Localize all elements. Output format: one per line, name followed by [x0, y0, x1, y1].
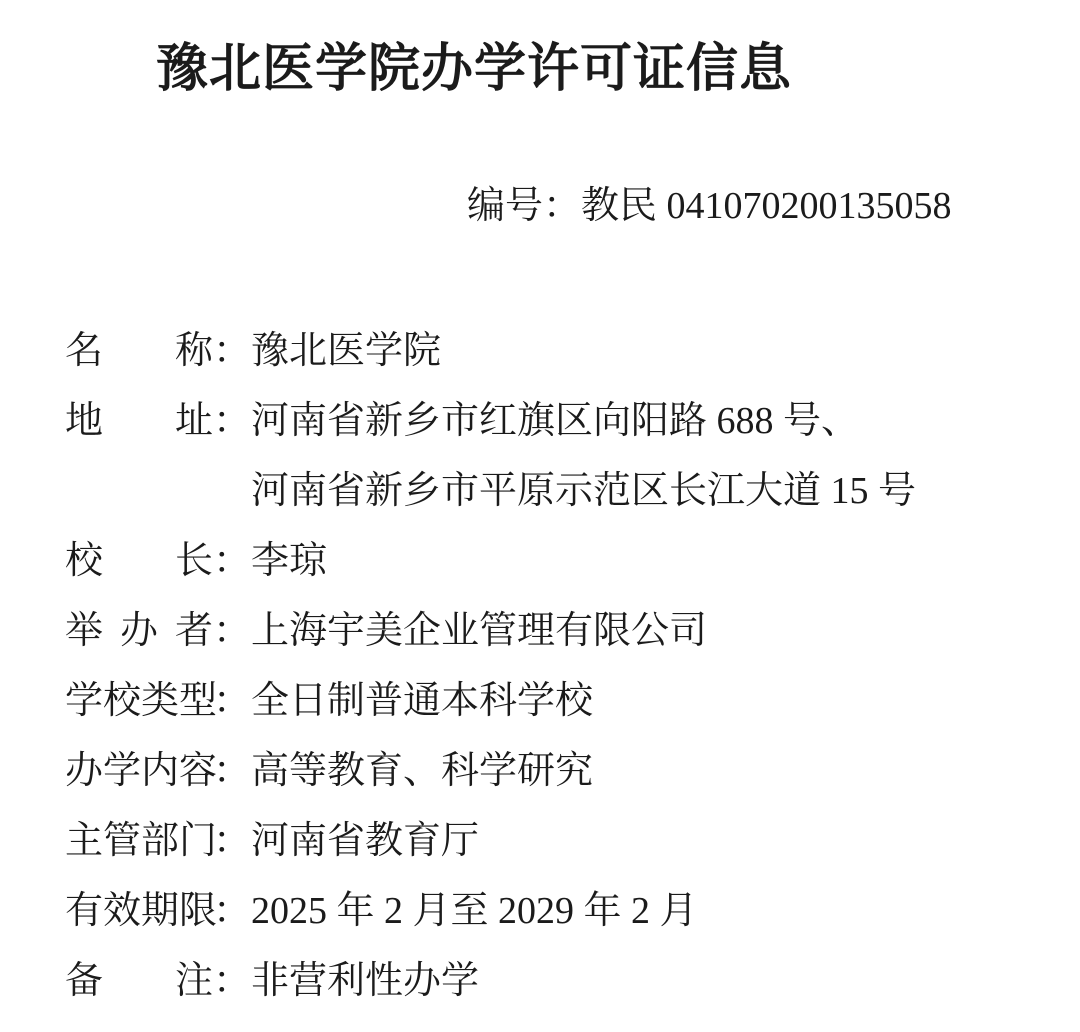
field-label-president: 校长 — [65, 526, 213, 596]
field-colon: ： — [213, 736, 251, 806]
field-label-char: 名 — [65, 316, 103, 386]
field-row-organizer: 举办者：上海宇美企业管理有限公司 — [65, 596, 1045, 666]
field-value-school-type: 全日制普通本科学校 — [251, 666, 593, 736]
field-label-char: 效 — [103, 876, 141, 946]
field-row-school-type: 学校类型：全日制普通本科学校 — [65, 666, 1045, 736]
field-row-address: 地址：河南省新乡市红旗区向阳路 688 号、 — [65, 386, 1045, 456]
field-colon: ： — [213, 806, 251, 876]
field-label-supervising-department: 主管部门 — [65, 806, 213, 876]
field-row-remarks: 备注：非营利性办学 — [65, 946, 1045, 1016]
field-label-remarks: 备注 — [65, 946, 213, 1016]
field-label-char: 学 — [103, 736, 141, 806]
field-colon: ： — [213, 316, 251, 386]
field-value-organizer: 上海宇美企业管理有限公司 — [251, 596, 707, 666]
field-value-president: 李琼 — [251, 526, 327, 596]
field-label-char: 校 — [65, 526, 103, 596]
field-row-address-line2: 河南省新乡市平原示范区长江大道 15 号 — [65, 456, 1045, 526]
field-label-char: 注 — [175, 946, 213, 1016]
field-colon: ： — [213, 526, 251, 596]
license-document: 豫北医学院办学许可证信息 编号：教民 041070200135058 名称：豫北… — [0, 0, 1080, 1032]
field-label-char: 有 — [65, 876, 103, 946]
field-label-char: 者 — [175, 596, 213, 666]
field-label-char: 内 — [141, 736, 179, 806]
field-row-validity-period: 有效期限：2025 年 2 月至 2029 年 2 月 — [65, 876, 1045, 946]
field-label-char: 型 — [179, 666, 217, 736]
field-label-char: 部 — [141, 806, 179, 876]
field-value-supervising-department: 河南省教育厅 — [251, 806, 479, 876]
field-label-char: 期 — [141, 876, 179, 946]
field-label-char: 办 — [120, 596, 158, 666]
field-row-president: 校长：李琼 — [65, 526, 1045, 596]
field-label-char: 限 — [179, 876, 217, 946]
field-label-char: 门 — [179, 806, 217, 876]
field-label-char: 地 — [65, 386, 103, 456]
field-label-char: 称 — [175, 316, 213, 386]
field-label-char: 长 — [175, 526, 213, 596]
field-label-char: 主 — [65, 806, 103, 876]
field-label-address: 地址 — [65, 386, 213, 456]
field-label-char: 类 — [141, 666, 179, 736]
field-value-remarks: 非营利性办学 — [251, 946, 479, 1016]
serial-label: 编号： — [467, 185, 581, 227]
field-colon: ： — [213, 946, 251, 1016]
serial-number-line: 编号：教民 041070200135058 — [467, 186, 952, 228]
field-label-char: 管 — [103, 806, 141, 876]
field-label-char: 举 — [65, 596, 103, 666]
field-value-address-line2: 河南省新乡市平原示范区长江大道 15 号 — [251, 456, 916, 526]
field-colon: ： — [213, 386, 251, 456]
field-label-validity-period: 有效期限 — [65, 876, 213, 946]
field-label-char: 校 — [103, 666, 141, 736]
field-value-education-content: 高等教育、科学研究 — [251, 736, 593, 806]
field-label-char: 容 — [179, 736, 217, 806]
field-label-organizer: 举办者 — [65, 596, 213, 666]
field-row-supervising-department: 主管部门：河南省教育厅 — [65, 806, 1045, 876]
field-value-address: 河南省新乡市红旗区向阳路 688 号、 — [251, 386, 859, 456]
field-label-school-type: 学校类型 — [65, 666, 213, 736]
field-colon: ： — [213, 596, 251, 666]
field-row-education-content: 办学内容：高等教育、科学研究 — [65, 736, 1045, 806]
fields-list: 名称：豫北医学院地址：河南省新乡市红旗区向阳路 688 号、河南省新乡市平原示范… — [65, 316, 1045, 1016]
field-value-validity-period: 2025 年 2 月至 2029 年 2 月 — [251, 876, 698, 946]
field-colon: ： — [213, 666, 251, 736]
field-colon: ： — [213, 876, 251, 946]
field-label-char: 办 — [65, 736, 103, 806]
field-row-school-name: 名称：豫北医学院 — [65, 316, 1045, 386]
field-label-char: 备 — [65, 946, 103, 1016]
field-value-school-name: 豫北医学院 — [251, 316, 441, 386]
field-label-char: 址 — [175, 386, 213, 456]
serial-value: 教民 041070200135058 — [581, 185, 952, 227]
document-title: 豫北医学院办学许可证信息 — [156, 26, 792, 101]
field-label-school-name: 名称 — [65, 316, 213, 386]
field-label-char: 学 — [65, 666, 103, 736]
field-label-education-content: 办学内容 — [65, 736, 213, 806]
